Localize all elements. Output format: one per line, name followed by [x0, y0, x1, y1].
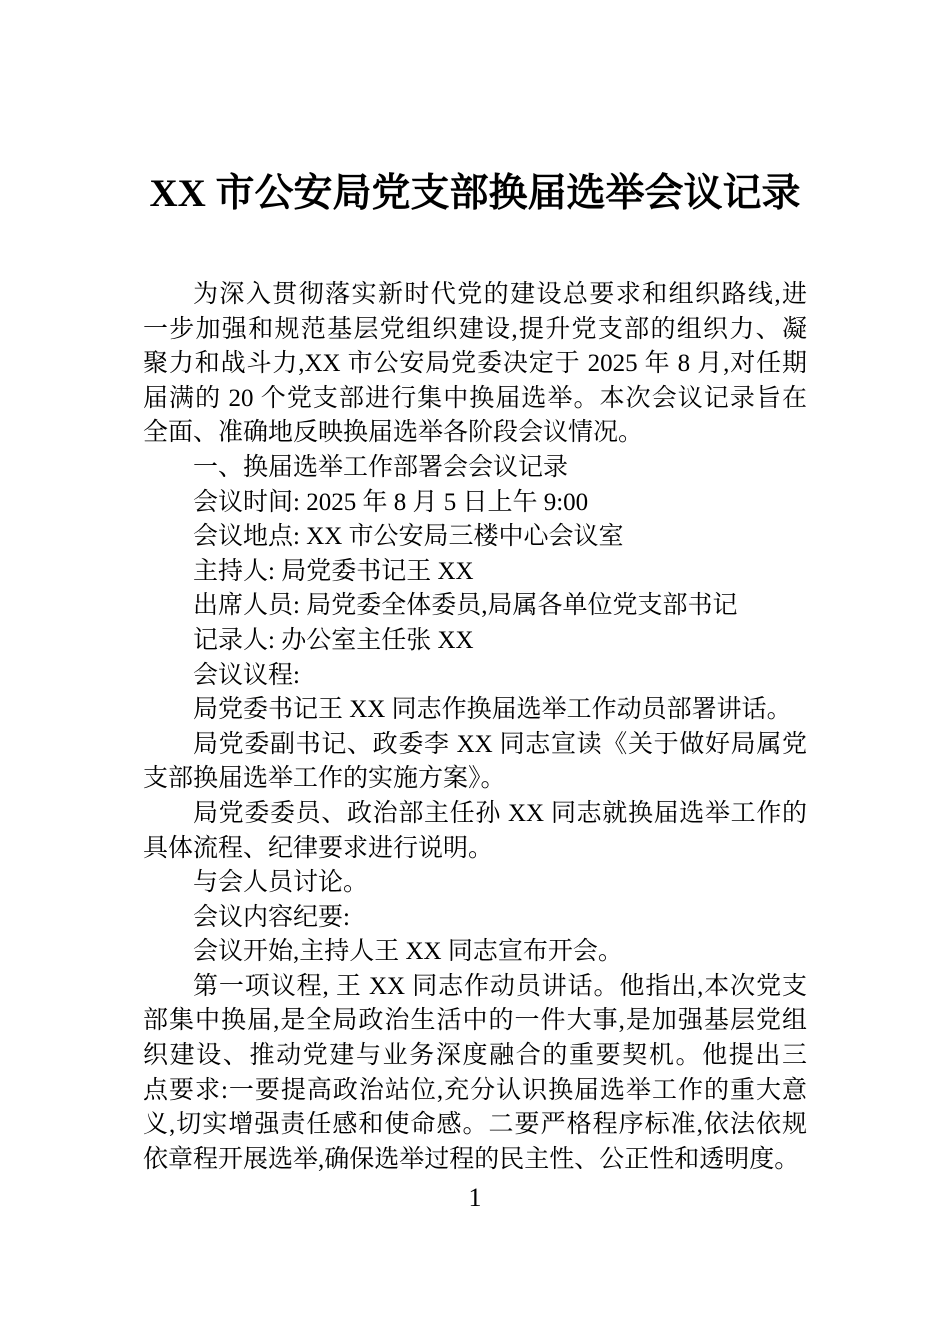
text-line: 具体流程、纪律要求进行说明。 [143, 832, 807, 867]
text-line: 聚力和战斗力,XX 市公安局党委决定于 2025 年 8 月,对任期 [143, 347, 807, 382]
text-line: 会议开始,主持人王 XX 同志宣布开会。 [143, 935, 807, 970]
text-line: 为深入贯彻落实新时代党的建设总要求和组织路线,进 [143, 278, 807, 313]
text-line: 依章程开展选举,确保选举过程的民主性、公正性和透明度。 [143, 1143, 807, 1178]
text-line: 主持人: 局党委书记王 XX [143, 555, 807, 590]
text-line: 织建设、推动党建与业务深度融合的重要契机。他提出三 [143, 1039, 807, 1074]
text-line: 出席人员: 局党委全体委员,局属各单位党支部书记 [143, 589, 807, 624]
text-line: 一步加强和规范基层党组织建设,提升党支部的组织力、凝 [143, 313, 807, 348]
text-line: 记录人: 办公室主任张 XX [143, 624, 807, 659]
text-line: 会议内容纪要: [143, 901, 807, 936]
text-line: 局党委委员、政治部主任孙 XX 同志就换届选举工作的 [143, 797, 807, 832]
text-line: 第一项议程, 王 XX 同志作动员讲话。他指出,本次党支 [143, 970, 807, 1005]
text-line: 局党委副书记、政委李 XX 同志宣读《关于做好局属党 [143, 728, 807, 763]
text-line: 会议地点: XX 市公安局三楼中心会议室 [143, 520, 807, 555]
text-line: 全面、准确地反映换届选举各阶段会议情况。 [143, 416, 807, 451]
text-line: 义,切实增强责任感和使命感。二要严格程序标准,依法依规 [143, 1108, 807, 1143]
text-line: 会议时间: 2025 年 8 月 5 日上午 9:00 [143, 486, 807, 521]
text-line: 部集中换届,是全局政治生活中的一件大事,是加强基层党组 [143, 1004, 807, 1039]
text-line: 一、换届选举工作部署会会议记录 [143, 451, 807, 486]
page-number: 1 [0, 1183, 950, 1213]
document-page: XX 市公安局党支部换届选举会议记录 为深入贯彻落实新时代党的建设总要求和组织路… [0, 0, 950, 1344]
text-line: 与会人员讨论。 [143, 866, 807, 901]
document-body: 为深入贯彻落实新时代党的建设总要求和组织路线,进一步加强和规范基层党组织建设,提… [143, 278, 807, 1177]
text-line: 支部换届选举工作的实施方案》。 [143, 762, 807, 797]
text-line: 届满的 20 个党支部进行集中换届选举。本次会议记录旨在 [143, 382, 807, 417]
text-line: 点要求:一要提高政治站位,充分认识换届选举工作的重大意 [143, 1074, 807, 1109]
text-line: 局党委书记王 XX 同志作换届选举工作动员部署讲话。 [143, 693, 807, 728]
document-title: XX 市公安局党支部换届选举会议记录 [0, 168, 950, 220]
text-line: 会议议程: [143, 659, 807, 694]
